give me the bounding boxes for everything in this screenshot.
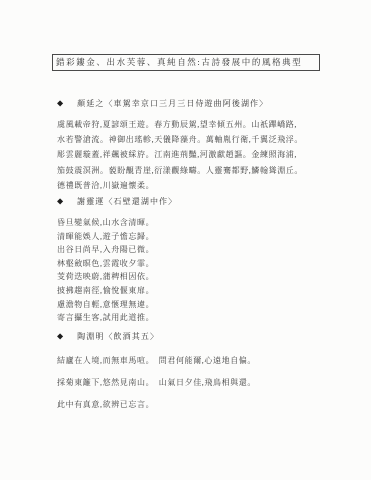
poem-line: 虞風載帝狩,夏諺頌王遊。春方動辰駕,望幸傾五州。山祇蹕嶠路, — [57, 117, 319, 132]
poem-line: 結廬在人境,而無車馬喧。 問君何能爾,心遠地自偏。 — [57, 350, 319, 372]
poem-line: 昏旦變氣候,山水含清暉。 — [57, 216, 319, 230]
poem-tao-yuanming: 結廬在人境,而無車馬喧。 問君何能爾,心遠地自偏。採菊東籬下,悠然見南山。 山氣… — [57, 350, 319, 416]
section-header-yan-yanzhi: ◆顏延之〈車駕幸京口三月三日侍遊曲阿後湖作〉 — [57, 98, 268, 109]
diamond-bullet-icon: ◆ — [57, 197, 63, 206]
section-heading: 顏延之〈車駕幸京口三月三日侍遊曲阿後湖作〉 — [77, 99, 268, 108]
poem-line: 此中有真意,欲辨已忘言。 — [57, 394, 319, 416]
poem-line: 芰荷迭映蔚,蒲稗相因依。 — [57, 270, 319, 284]
poem-line: 德禮既普洽,川嶽遍懷柔。 — [57, 178, 319, 193]
poem-line: 採菊東籬下,悠然見南山。 山氣日夕佳,飛鳥相與還。 — [57, 372, 319, 394]
poem-line: 林壑斂暝色,雲霞收夕霏。 — [57, 257, 319, 271]
poem-line: 寄言攝生客,試用此道推。 — [57, 311, 319, 325]
section-heading: 陶淵明〈飲酒其五〉 — [77, 332, 159, 341]
poem-line: 笳鼓震溟洲。藐盼覯青崖,衍漾觀綠疇。人靈騫都野,鱗翰聳淵丘。 — [57, 163, 319, 178]
poem-line: 水若警滄流。神御出瑤軫,天儀降藻舟。萬軸胤行衛,千翼泛飛浮。 — [57, 132, 319, 147]
document-title-box: 錯彩鏤金、出水芙蓉、真純自然:古詩發展中的風格典型 — [52, 54, 320, 71]
document-page: 錯彩鏤金、出水芙蓉、真純自然:古詩發展中的風格典型 ◆顏延之〈車駕幸京口三月三日… — [0, 0, 371, 480]
section-header-tao-yuanming: ◆陶淵明〈飲酒其五〉 — [57, 331, 159, 342]
poem-line: 慮澹物自輕,意愜理無違。 — [57, 298, 319, 312]
poem-line: 披拂趨南徑,愉悅偃東扉。 — [57, 284, 319, 298]
poem-yan-yanzhi: 虞風載帝狩,夏諺頌王遊。春方動辰駕,望幸傾五州。山祇蹕嶠路,水若警滄流。神御出瑤… — [57, 117, 319, 193]
diamond-bullet-icon: ◆ — [57, 99, 63, 108]
poem-xie-lingyun: 昏旦變氣候,山水含清暉。清暉能娛人,遊子憺忘歸。出谷日尚早,入舟陽已微。林壑斂暝… — [57, 216, 319, 325]
poem-line: 彫雲麗璇蓋,祥飆被綵斿。江南進荊豔,河激獻趙謳。金練照海浦, — [57, 147, 319, 162]
poem-line: 清暉能娛人,遊子憺忘歸。 — [57, 230, 319, 244]
diamond-bullet-icon: ◆ — [57, 332, 63, 341]
section-heading: 謝靈運〈石壁還湖中作〉 — [77, 197, 177, 206]
document-title: 錯彩鏤金、出水芙蓉、真純自然:古詩發展中的風格典型 — [56, 57, 302, 67]
poem-line: 出谷日尚早,入舟陽已微。 — [57, 243, 319, 257]
section-header-xie-lingyun: ◆謝靈運〈石壁還湖中作〉 — [57, 196, 177, 207]
